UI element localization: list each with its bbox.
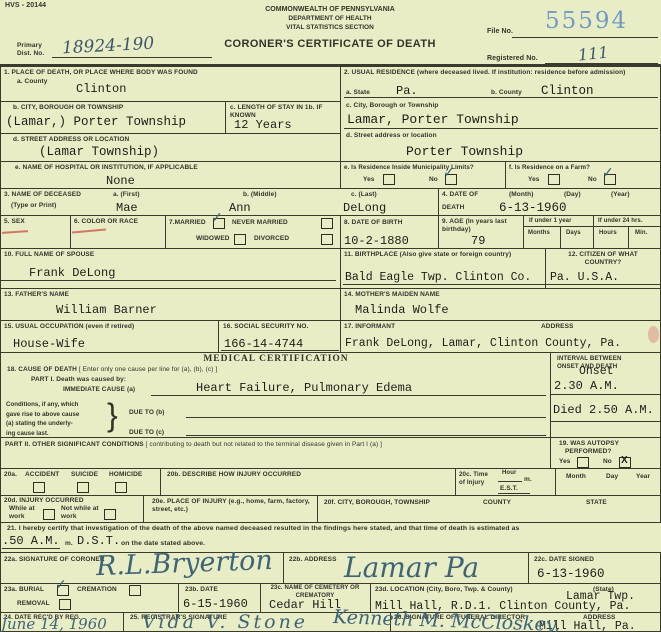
field-burial-date: 23b. DATE 6-15-1960: [178, 583, 260, 612]
box3-first-label: a. (First): [113, 191, 140, 199]
box4-death-label: DEATH: [442, 204, 464, 212]
box12-value: Pa. U.S.A.: [550, 271, 619, 284]
field-hospital-name: e. NAME OF HOSPITAL OR INSTITUTION, IF A…: [0, 161, 340, 188]
field-place-of-injury: 20e. PLACE OF INJURY (e.g., home, farm, …: [143, 495, 317, 522]
box20d-title: 20d. INJURY OCCURRED: [4, 497, 84, 505]
box9-title: 9. AGE (In years last birthday): [442, 218, 520, 234]
box2-farm-no-checkmark: ✓: [602, 165, 614, 181]
box9-days-label: Days: [566, 230, 581, 238]
field-length-of-stay: c. LENGTH OF STAY IN 1b. IF KNOWN 12 Yea…: [225, 101, 340, 133]
box18-note: [ Enter only one cause per line for (a),…: [79, 366, 217, 373]
part2-title: PART II. OTHER SIGNIFICANT CONDITIONS: [5, 441, 144, 448]
box7-married-label: 7.MARRIED: [169, 219, 206, 227]
box4-day-label: (Day): [564, 191, 581, 199]
part2-note: [ contributing to death but not related …: [146, 441, 383, 448]
box20c-m-label: m.: [524, 476, 532, 484]
burial-date-value: 6-15-1960: [183, 597, 248, 611]
box15-value: House-Wife: [13, 337, 85, 351]
box17-title: 17. INFORMANT: [344, 323, 395, 331]
box20a-accident-label: ACCIDENT: [25, 471, 59, 479]
box19-yes-label: Yes: [559, 458, 571, 466]
box3-first-value: Mae: [116, 201, 138, 215]
field-father-name: 13. FATHER'S NAME William Barner: [0, 288, 340, 320]
field-cemetery-location: 23d. LOCATION (City, Boro, Twp. & County…: [370, 583, 661, 612]
box20f-title: 20f. CITY, BOROUGH, TOWNSHIP: [324, 499, 430, 507]
box19-no-label: No: [603, 458, 612, 466]
field-describe-injury: 20b. DESCRIBE HOW INJURY OCCURRED: [160, 468, 455, 495]
box23-cremation-label: CREMATION: [77, 586, 117, 594]
box23d-label: 23d. LOCATION (City, Boro, Twp. & County…: [375, 586, 513, 594]
box1-hospital-label: e. NAME OF HOSPITAL OR INSTITUTION, IF A…: [15, 164, 198, 172]
box1-street-value: (Lamar Township): [39, 145, 159, 159]
field-street-address: d. STREET ADDRESS OR LOCATION (Lamar Tow…: [0, 133, 340, 161]
field-social-security: 16. SOCIAL SECURITY NO. 166-14-4744: [218, 320, 340, 352]
box3-title: 3. NAME OF DECEASED: [4, 191, 81, 199]
box18-immediate-label: IMMEDIATE CAUSE (a): [63, 386, 135, 394]
org-line3: VITAL STATISTICS SECTION: [180, 24, 480, 31]
box21-time-value: .50 A.M.: [2, 534, 60, 548]
field-certification-statement: 21. I hereby certify that investigation …: [0, 522, 661, 552]
box2-farm-no-label: No: [588, 176, 597, 184]
coroner-address-value: Lamar Pa: [344, 551, 479, 584]
field-interval-onset-death: INTERVAL BETWEEN ONSET AND DEATH Onset 2…: [550, 352, 661, 437]
field-coroner-signature: 22a. SIGNATURE OF CORONER R.L.Bryerton: [0, 552, 283, 583]
box17-value: Frank DeLong, Lamar, Clinton County, Pa.: [345, 337, 621, 350]
field-occupation: 15. USUAL OCCUPATION (even if retired) H…: [0, 320, 218, 352]
box2-farm-label: f. Is Residence on a Farm?: [509, 164, 590, 172]
field-injury-city-county-state: 20f. CITY, BOROUGH, TOWNSHIP COUNTY STAT…: [317, 495, 661, 522]
box19-title-2: PERFORMED?: [565, 448, 612, 456]
field-citizen-of: 12. CITIZEN OF WHAT COUNTRY? Pa. U.S.A.: [545, 248, 661, 288]
field-date-signed: 22c. DATE SIGNED 6-13-1960: [528, 552, 661, 583]
box3-sub: (Type or Print): [11, 202, 56, 210]
box5-title: 5. SEX: [4, 218, 25, 226]
box2-street-label: d. Street address or location: [346, 132, 437, 140]
primary-dist-no: 18924-190: [62, 34, 155, 59]
box13-title: 13. FATHER'S NAME: [4, 291, 69, 299]
primary-dist-label: PrimaryDist. No.: [17, 42, 44, 58]
box22a-label: 22a. SIGNATURE OF CORONER: [4, 556, 105, 564]
box20a-suicide-label: SUICIDE: [71, 471, 98, 479]
box4-value: 6-13-1960: [499, 201, 567, 215]
field-spouse-name: 10. FULL NAME OF SPOUSE Frank DeLong: [0, 248, 340, 288]
box19-no-xmark: X: [621, 455, 628, 466]
box20c-est-label: E.S.T.: [500, 485, 518, 493]
interval-label-1: INTERVAL BETWEEN: [557, 355, 622, 363]
registered-no: 111: [577, 42, 609, 64]
box21-dst-value: D.S.T.: [77, 534, 120, 548]
box20c-title: 20c. Time of Injury: [459, 471, 495, 487]
field-place-of-death: 1. PLACE OF DEATH, OR PLACE WHERE BODY W…: [0, 66, 340, 101]
field-date-of-birth: 8. DATE OF BIRTH 10-2-1880: [340, 215, 438, 248]
field-residence-inside-limits: e. Is Residence Inside Municipality Limi…: [340, 161, 505, 188]
registered-no-label: Registered No.: [487, 55, 538, 64]
box23-cremation-checkbox: [129, 585, 141, 596]
box9-months-label: Months: [528, 230, 550, 238]
box20f-state-label: STATE: [586, 499, 607, 507]
box1-city-value: (Lamar,) Porter Township: [6, 115, 186, 129]
box8-value: 10-2-1880: [344, 234, 409, 248]
box20d-while-checkbox: [43, 509, 55, 520]
box18-due-c-label: DUE TO (c): [129, 429, 164, 437]
box4-month-label: (Month): [509, 191, 534, 199]
box18-title: 18. CAUSE OF DEATH: [7, 366, 77, 373]
box23-removal-label: REMOVAL: [17, 600, 50, 608]
brace-glyph: }: [107, 397, 118, 434]
box18-due-b-label: DUE TO (b): [129, 409, 165, 417]
interval-onset-time: 2.30 A.M.: [554, 379, 619, 393]
field-coroner-address: 22b. ADDRESS Lamar Pa: [283, 552, 528, 583]
field-other-significant-conditions: PART II. OTHER SIGNIFICANT CONDITIONS [ …: [0, 437, 550, 468]
box12-title: 12. CITIZEN OF WHAT COUNTRY?: [549, 251, 657, 267]
box18-conditions-note: Conditions, if any, whichgave rise to ab…: [6, 400, 79, 438]
box15-title: 15. USUAL OCCUPATION (even if retired): [4, 323, 134, 331]
box14-title: 14. MOTHER'S MAIDEN NAME: [344, 291, 440, 299]
box7-widowed-label: WIDOWED: [196, 235, 230, 243]
field-birthplace: 11. BIRTHPLACE (Also give state or forei…: [340, 248, 545, 288]
field-injury-month-day-year: Month Day Year: [555, 468, 661, 495]
box7-widowed-checkbox: [234, 234, 246, 245]
box21-m-label: m.: [65, 540, 73, 548]
file-no-label: File No.: [487, 28, 513, 37]
box2-state-value: Pa.: [396, 84, 418, 98]
file-no-stamp: 55594: [545, 8, 628, 34]
field-mother-maiden-name: 14. MOTHER'S MAIDEN NAME Malinda Wolfe: [340, 288, 661, 320]
box2-county-label: b. County: [491, 89, 522, 97]
org-line1: COMMONWEALTH OF PENNSYLVANIA: [180, 6, 480, 13]
box20a-homicide-checkbox: [115, 482, 127, 493]
header-org: COMMONWEALTH OF PENNSYLVANIA DEPARTMENT …: [180, 6, 480, 31]
box11-value: Bald Eagle Twp. Clinton Co.: [345, 271, 531, 284]
box20a-accident-checkbox: [33, 482, 45, 493]
box20e-title: 20e. PLACE OF INJURY (e.g., home, farm, …: [152, 498, 312, 514]
box8-title: 8. DATE OF BIRTH: [344, 219, 403, 227]
box2-county-value: Clinton: [541, 84, 594, 98]
box3-last-label: c. (Last): [351, 191, 377, 199]
field-cause-of-death: MEDICAL CERTIFICATION 18. CAUSE OF DEATH…: [0, 352, 550, 437]
box22b-label: 22b. ADDRESS: [289, 556, 337, 564]
box20a-homicide-label: HOMICIDE: [109, 471, 142, 479]
box20a-suicide-checkbox: [77, 482, 89, 493]
org-line2: DEPARTMENT OF HEALTH: [180, 15, 480, 22]
medical-certification-heading: MEDICAL CERTIFICATION: [1, 354, 551, 364]
mdy-month-label: Month: [566, 473, 586, 481]
box23-burial-label: 23a. BURIAL: [4, 586, 44, 594]
box22c-label: 22c. DATE SIGNED: [534, 556, 594, 564]
box4-year-label: (Year): [611, 191, 630, 199]
box2-limits-yes-label: Yes: [363, 176, 375, 184]
box2-city-label: c. City, Borough or Township: [346, 102, 438, 110]
mdy-year-label: Year: [636, 473, 650, 481]
box23-removal-checkbox: [59, 599, 71, 610]
box1-hospital-value: None: [106, 174, 135, 188]
box2-limits-no-label: No: [429, 176, 438, 184]
coroner-signature-value: R.L.Bryerton: [96, 545, 274, 582]
box11-title: 11. BIRTHPLACE (Also give state or forei…: [344, 251, 539, 259]
cemetery-name-value: Cedar Hill: [269, 598, 341, 612]
box17-address-label: ADDRESS: [541, 323, 573, 331]
box3-last-value: DeLong: [343, 201, 386, 215]
box2-farm-yes-checkbox: [548, 174, 560, 185]
coroner-certificate-of-death: HVS - 20144 COMMONWEALTH OF PENNSYLVANIA…: [0, 0, 661, 632]
box20b-title: 20b. DESCRIBE HOW INJURY OCCURRED: [167, 471, 301, 479]
field-injury-occurred: 20d. INJURY OCCURRED While at work Not w…: [0, 495, 143, 522]
form-code: HVS - 20144: [5, 2, 46, 11]
box1-title: 1. PLACE OF DEATH, OR PLACE WHERE BODY W…: [4, 69, 198, 77]
box20a-num: 20a.: [4, 471, 17, 479]
box4-label: 4. DATE OF: [442, 191, 478, 199]
box20f-county-label: COUNTY: [483, 499, 511, 507]
box23b-label: 23b. DATE: [185, 586, 218, 594]
box2-city-value: Lamar, Porter Township: [347, 112, 519, 127]
box9-under24-label: If under 24 hrs.: [598, 218, 643, 226]
field-accident-suicide-homicide: 20a. ACCIDENT SUICIDE HOMICIDE: [0, 468, 160, 495]
interval-died-time: Died 2.50 A.M.: [553, 403, 654, 417]
field-autopsy: 19. WAS AUTOPSY PERFORMED? Yes No X: [550, 437, 661, 468]
box3-middle-value: Ann: [229, 201, 251, 215]
field-city-borough-township: b. CITY, BOROUGH OR TOWNSHIP (Lamar,) Po…: [0, 101, 225, 133]
box20c-hour-label: Hour: [502, 470, 516, 478]
box1-county-label: a. County: [17, 78, 48, 86]
mdy-day-label: Day: [606, 473, 618, 481]
field-time-of-injury: 20c. Time of Injury Hour m. E.S.T.: [455, 468, 555, 495]
box20d-while-label: While at work: [9, 505, 41, 521]
registrar-signature-value: Vida V. Stone: [142, 611, 308, 632]
box10-value: Frank DeLong: [29, 266, 115, 280]
box19-yes-checkbox: [577, 457, 589, 468]
field-informant: 17. INFORMANT ADDRESS Frank DeLong, Lama…: [340, 320, 661, 352]
box16-title: 16. SOCIAL SECURITY NO.: [223, 323, 309, 331]
field-age-under-24-hrs: If under 24 hrs. Hours Min.: [593, 215, 661, 248]
field-date-received: 24. DATE REC'D BY REG. June 14, 1960: [0, 612, 123, 632]
date-signed-value: 6-13-1960: [537, 567, 605, 581]
box21-certify-text: 21. I hereby certify that investigation …: [7, 525, 519, 533]
field-funeral-director: 26. SIGNATURE OF FUNERAL DIRECTOR ADDRES…: [390, 612, 661, 632]
box7-divorced-label: DIVORCED: [254, 235, 289, 243]
box2-street-value: Porter Township: [406, 144, 523, 159]
box2-farm-yes-label: Yes: [528, 176, 540, 184]
box1-city-label: b. CITY, BOROUGH OR TOWNSHIP: [13, 104, 123, 112]
box18-cause-a-value: Heart Failure, Pulmonary Edema: [196, 381, 412, 395]
box2-title: 2. USUAL RESIDENCE (where deceased lived…: [344, 69, 652, 77]
box6-title: 6. COLOR OR RACE: [74, 218, 138, 226]
interval-onset-value: Onset: [579, 365, 614, 378]
box1-stay-value: 12 Years: [234, 118, 292, 132]
box2-state-label: a. State: [346, 89, 370, 97]
field-residence-on-farm: f. Is Residence on a Farm? Yes No ✓: [505, 161, 661, 188]
field-date-of-death: 4. DATE OF (Month) (Day) (Year) DEATH 6-…: [438, 188, 661, 215]
box9-value: 79: [471, 234, 485, 248]
box10-title: 10. FULL NAME OF SPOUSE: [4, 251, 94, 259]
box14-value: Malinda Wolfe: [355, 303, 449, 317]
box3-middle-label: b. (Middle): [243, 191, 277, 199]
box7-never-label: NEVER MARRIED: [232, 219, 288, 227]
box23-burial-checkmark: ✓: [55, 577, 67, 593]
field-burial-cremation: 23a. BURIAL ✓ CREMATION REMOVAL: [0, 583, 178, 612]
date-received-value: June 14, 1960: [1, 615, 107, 632]
box19-title-1: 19. WAS AUTOPSY: [559, 440, 619, 448]
box9-under1-label: If under 1 year: [529, 218, 572, 226]
field-age-under-1-year: If under 1 year Months Days: [523, 215, 593, 248]
box7-married-checkmark: ✓: [211, 210, 223, 226]
box2-limits-no-checkmark: ✓: [443, 165, 455, 181]
box1-street-label: d. STREET ADDRESS OR LOCATION: [13, 136, 129, 144]
page-title: CORONER'S CERTIFICATE OF DEATH: [180, 38, 480, 50]
box2-limits-yes-checkbox: [383, 174, 395, 185]
box7-never-checkbox: [321, 218, 333, 229]
field-age: 9. AGE (In years last birthday) 79: [438, 215, 523, 248]
field-marital-status: 7.MARRIED ✓ NEVER MARRIED WIDOWED DIVORC…: [165, 215, 340, 248]
box20d-notwhile-checkbox: [104, 509, 116, 520]
box16-value: 166-14-4744: [224, 337, 303, 351]
box13-value: William Barner: [56, 303, 157, 317]
field-usual-residence: 2. USUAL RESIDENCE (where deceased lived…: [340, 66, 661, 161]
box20d-notwhile-label: Not while at work: [61, 505, 99, 521]
box7-divorced-checkbox: [321, 234, 333, 245]
box18-part1-label: PART I. Death was caused by:: [31, 376, 126, 384]
red-pencil-smudge: [648, 326, 659, 343]
box1-county-value: Clinton: [76, 82, 126, 96]
box9-min-label: Min.: [635, 230, 647, 238]
box9-hours-label: Hours: [599, 230, 617, 238]
